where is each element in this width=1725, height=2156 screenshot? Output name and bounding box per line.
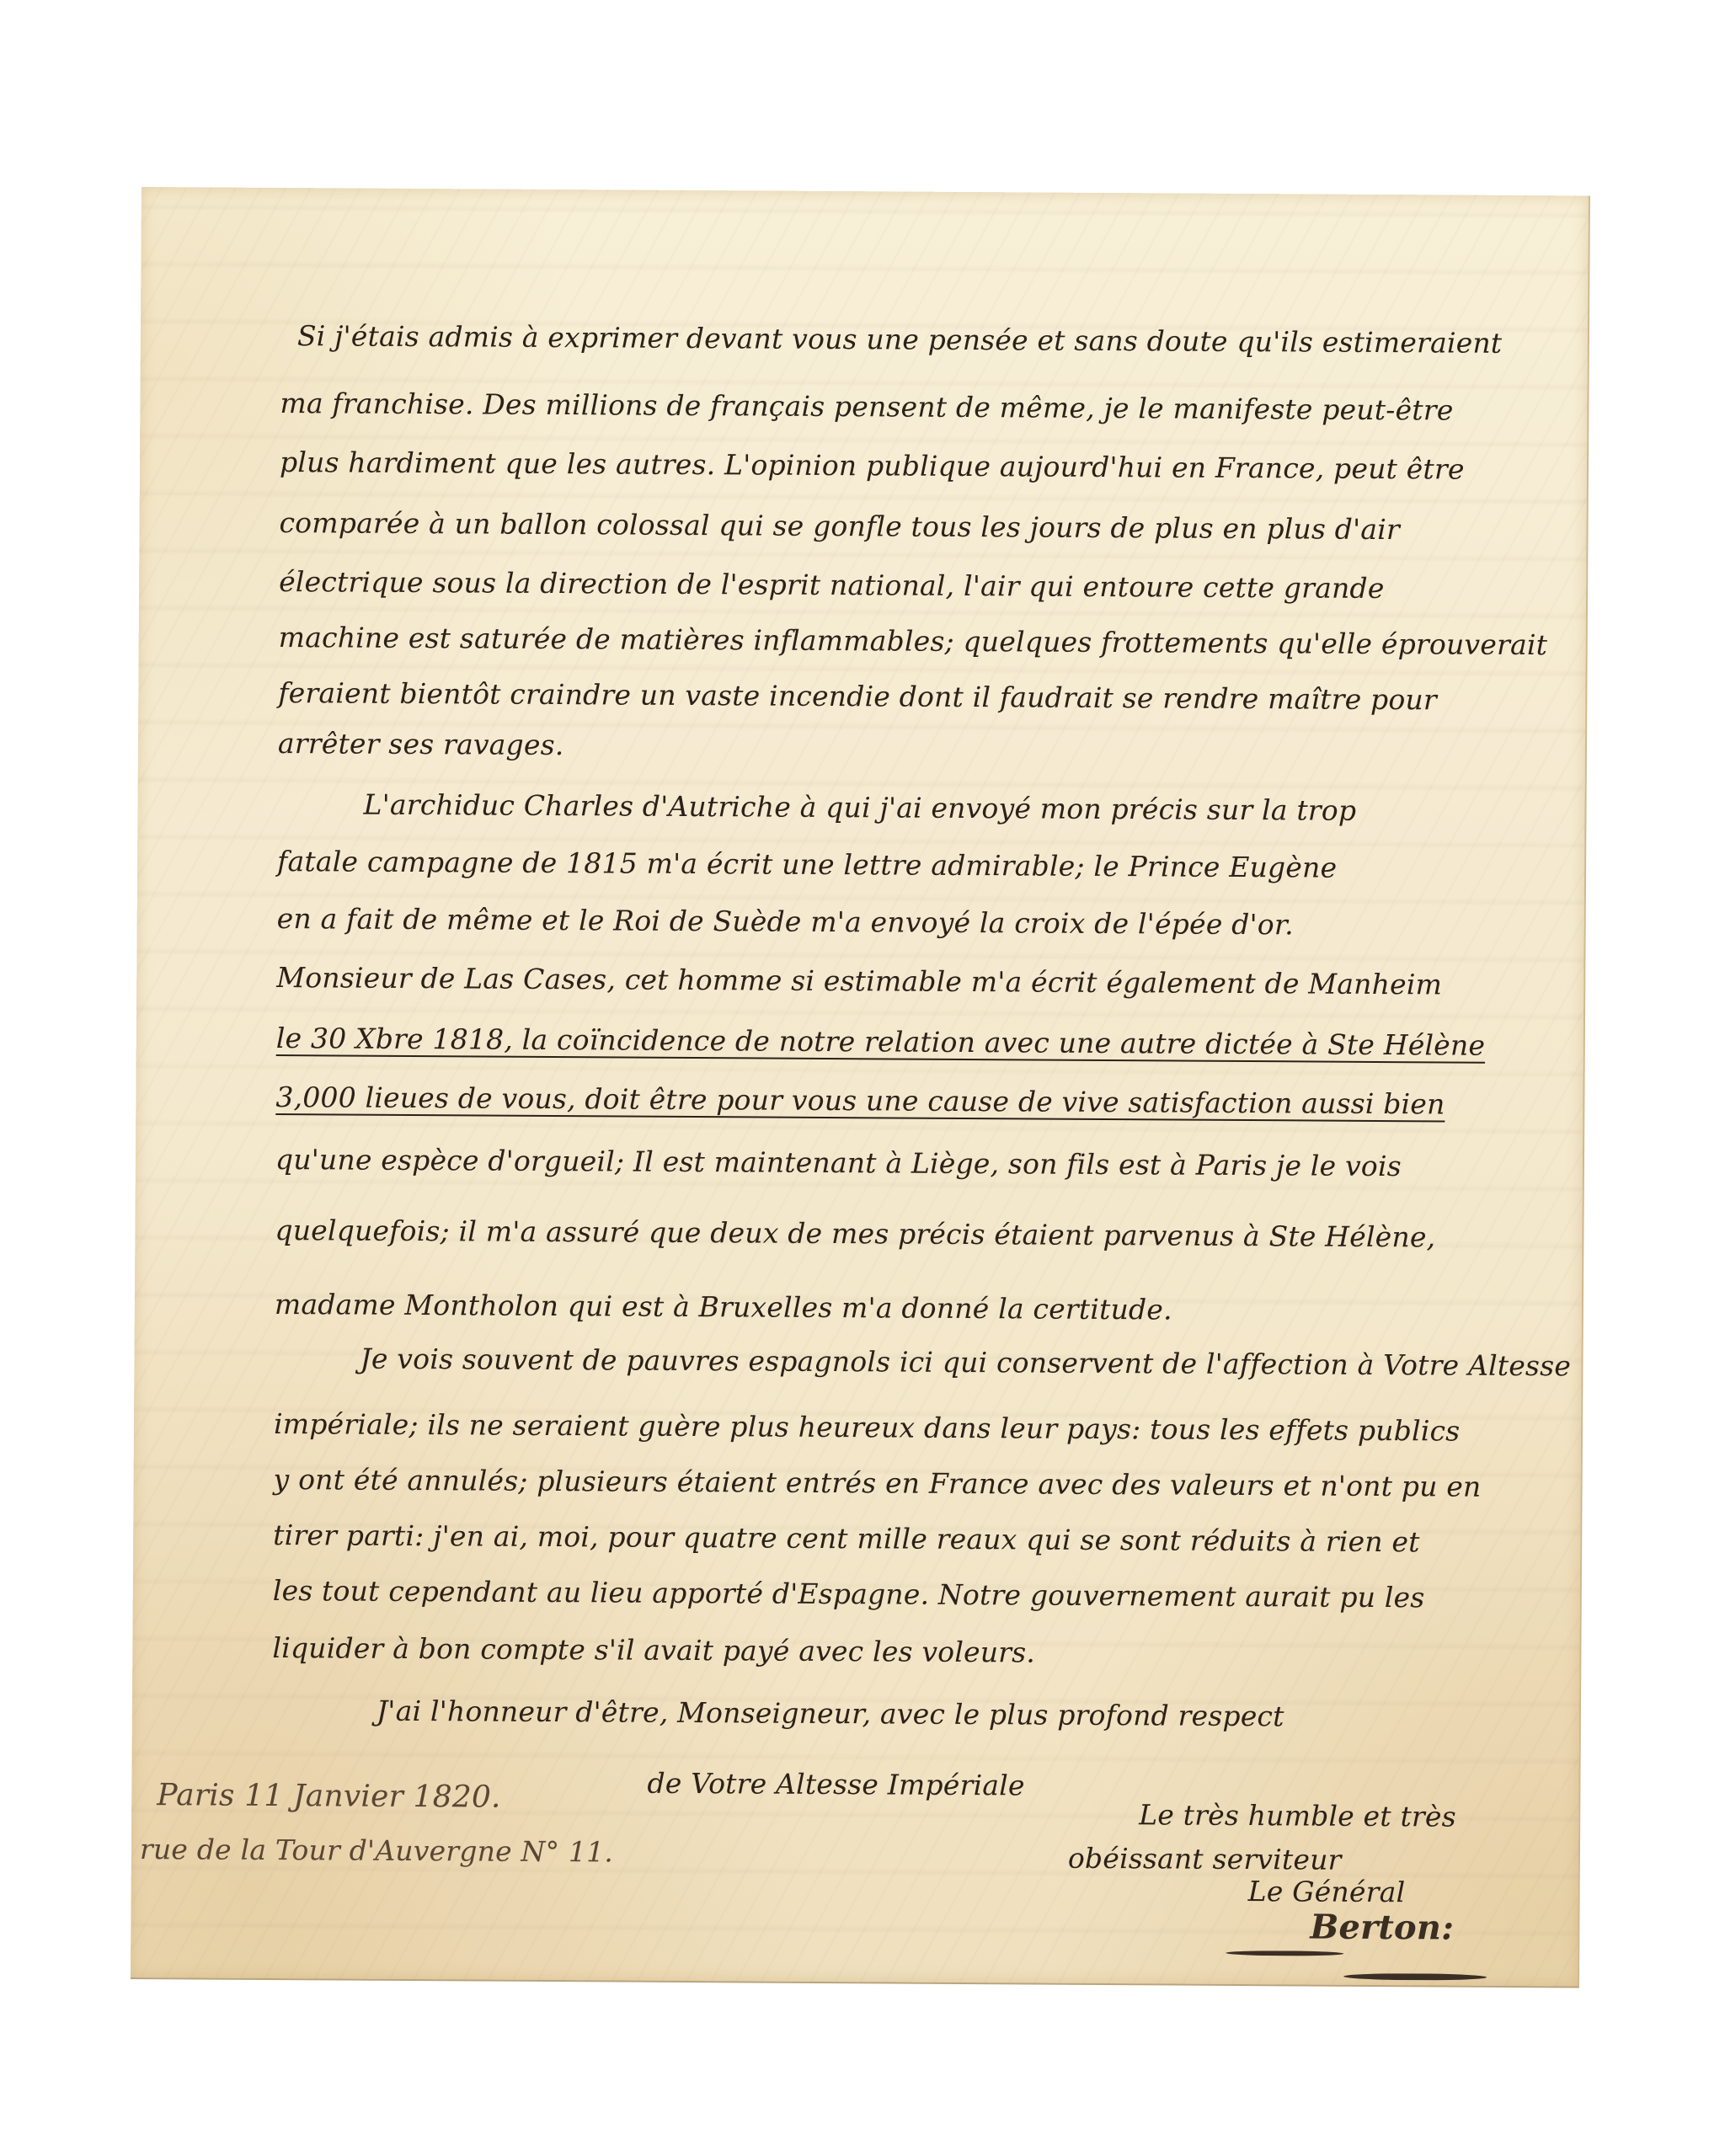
body-line-3: plus hardiment que les autres. L'opinion… xyxy=(280,446,1465,487)
body-line-6: machine est saturée de matières inflamma… xyxy=(279,621,1548,662)
signature-name: Berton: xyxy=(1310,1911,1454,1945)
body-line-1: Si j'étais admis à exprimer devant vous … xyxy=(297,319,1503,360)
body-line-14-underlined: 3,000 lieues de vous, doit être pour vou… xyxy=(275,1081,1445,1121)
body-line-23: liquider à bon compte s'il avait payé av… xyxy=(272,1631,1035,1670)
body-line-5: électrique sous la direction de l'esprit… xyxy=(279,565,1385,606)
closing-humble-2: obéissant serviteur xyxy=(1068,1842,1342,1877)
place-date: Paris 11 Janvier 1820. xyxy=(157,1779,501,1814)
body-line-18: Je vois souvent de pauvres espagnols ici… xyxy=(360,1342,1571,1384)
closing-humble-1: Le très humble et très xyxy=(1139,1798,1456,1833)
body-line-12: Monsieur de Las Cases, cet homme si esti… xyxy=(276,961,1442,1001)
body-line-4: comparée à un ballon colossal qui se gon… xyxy=(279,506,1400,547)
body-line-13-underlined: le 30 Xbre 1818, la coïncidence de notre… xyxy=(276,1022,1486,1063)
body-line-22: les tout cependant au lieu apporté d'Esp… xyxy=(273,1574,1425,1614)
body-line-11: en a fait de même et le Roi de Suède m'a… xyxy=(277,902,1294,942)
body-line-10: fatale campagne de 1815 m'a écrit une le… xyxy=(277,845,1337,885)
signature-flourish-right xyxy=(1343,1973,1487,1981)
signature-rank: Le Général xyxy=(1248,1875,1406,1909)
body-line-19: impériale; ils ne seraient guère plus he… xyxy=(274,1407,1461,1449)
street-address: rue de la Tour d'Auvergne N° 11. xyxy=(140,1833,613,1869)
body-line-16: quelquefois; il m'a assuré que deux de m… xyxy=(275,1214,1435,1254)
body-line-9: L'archiduc Charles d'Autriche à qui j'ai… xyxy=(363,788,1356,828)
body-line-7: feraient bientôt craindre un vaste incen… xyxy=(278,676,1437,717)
signature-flourish-left xyxy=(1226,1951,1343,1956)
closing-address-to: de Votre Altesse Impériale xyxy=(647,1767,1024,1803)
body-line-15: qu'une espèce d'orgueil; Il est maintena… xyxy=(275,1143,1402,1183)
closing-salutation: J'ai l'honneur d'être, Monseigneur, avec… xyxy=(377,1694,1284,1734)
body-line-2: ma franchise. Des millions de français p… xyxy=(280,387,1453,428)
body-line-21: tirer parti: j'en ai, moi, pour quatre c… xyxy=(273,1518,1420,1559)
body-line-20: y ont été annulés; plusieurs étaient ent… xyxy=(274,1463,1482,1504)
body-line-17: madame Montholon qui est à Bruxelles m'a… xyxy=(275,1288,1172,1327)
letter-page: Si j'étais admis à exprimer devant vous … xyxy=(131,187,1590,1988)
body-line-8: arrêter ses ravages. xyxy=(278,727,564,762)
